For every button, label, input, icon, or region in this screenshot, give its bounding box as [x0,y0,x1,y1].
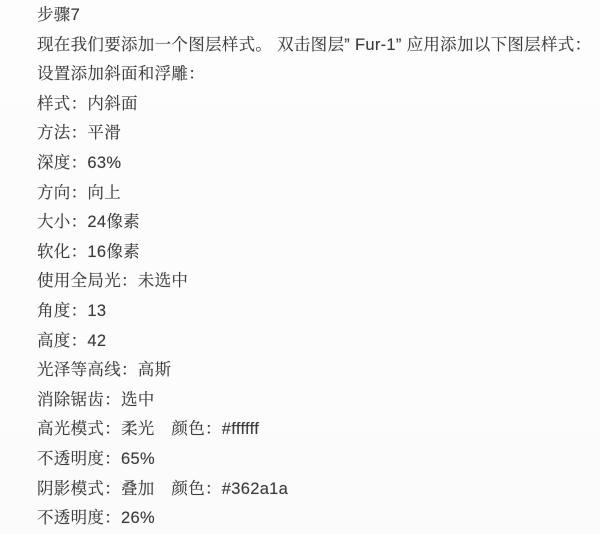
step-title: 步骤7 [37,1,592,31]
setting-direction: 方向：向上 [37,179,592,209]
setting-technique: 方法：平滑 [37,119,592,149]
section-heading: 设置添加斜面和浮雕： [37,60,592,90]
setting-altitude: 高度：42 [37,327,592,357]
document-body: 步骤7 现在我们要添加一个图层样式。 双击图层” Fur-1” 应用添加以下图层… [0,0,600,534]
setting-shadow-opacity: 不透明度：26% [37,504,592,534]
setting-angle: 角度：13 [37,297,592,327]
setting-style: 样式：内斜面 [37,90,592,120]
setting-depth: 深度：63% [37,149,592,179]
setting-highlight-mode: 高光模式：柔光 颜色：#ffffff [37,415,592,445]
setting-gloss-contour: 光泽等高线：高斯 [37,356,592,386]
setting-highlight-opacity: 不透明度：65% [37,445,592,475]
setting-anti-aliased: 消除锯齿：选中 [37,386,592,416]
setting-global-light: 使用全局光：未选中 [37,267,592,297]
setting-size: 大小：24像素 [37,208,592,238]
setting-soften: 软化：16像素 [37,238,592,268]
intro-text: 现在我们要添加一个图层样式。 双击图层” Fur-1” 应用添加以下图层样式： [37,31,592,61]
setting-shadow-mode: 阴影模式：叠加 颜色：#362a1a [37,475,592,505]
